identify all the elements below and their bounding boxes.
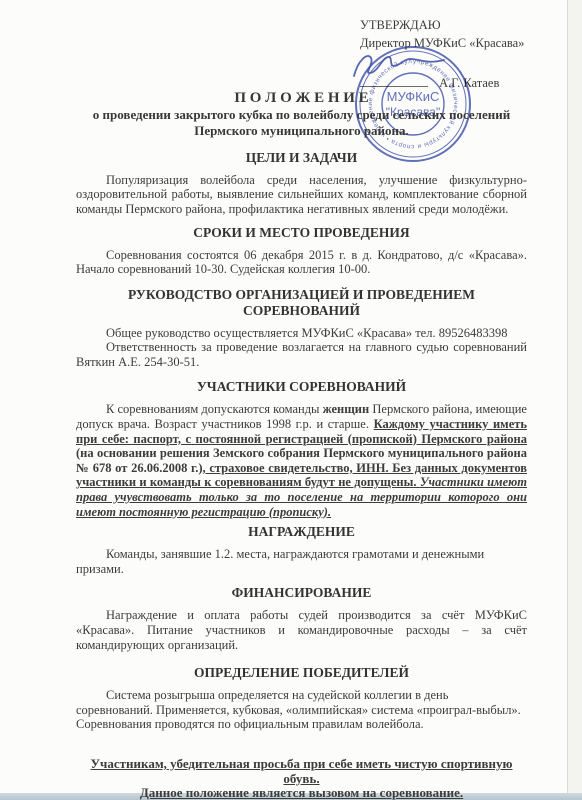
heading-management: РУКОВОДСТВО ОРГАНИЗАЦИЕЙ И ПРОВЕДЕНИЕМ С… xyxy=(76,287,527,319)
scan-edge-right xyxy=(567,0,582,800)
document-title: П О Л О Ж Е Н И Е xyxy=(76,90,527,107)
approval-block: УТВЕРЖДАЮ Директор МУФКиС «Красава» А.Г.… xyxy=(360,16,524,92)
dates-text: Соревнования состоятся 06 декабря 2015 г… xyxy=(76,248,527,277)
footer-line1: Участникам, убедительная просьба при себ… xyxy=(76,757,527,786)
heading-financing: ФИНАНСИРОВАНИЕ xyxy=(76,585,527,601)
heading-dates: СРОКИ И МЕСТО ПРОВЕДЕНИЯ xyxy=(76,225,527,241)
heading-participants: УЧАСТНИКИ СОРЕВНОВАНИЙ xyxy=(76,379,527,395)
participants-run: женщин xyxy=(323,402,370,416)
signatory-name: А.Г. Катаев xyxy=(439,76,499,90)
approval-word: УТВЕРЖДАЮ xyxy=(360,16,524,34)
document-body: П О Л О Ж Е Н И Е о проведении закрытого… xyxy=(76,90,527,800)
signature-line xyxy=(360,74,428,87)
management-line1: Общее руководство осуществляется МУФКиС … xyxy=(76,326,527,341)
approval-director: Директор МУФКиС «Красава» xyxy=(360,34,524,52)
goals-text: Популяризация волейбола среди населения,… xyxy=(76,173,527,217)
heading-winners: ОПРЕДЕЛЕНИЕ ПОБЕДИТЕЛЕЙ xyxy=(76,665,527,681)
footer-line2: Данное положение является вызовом на сор… xyxy=(76,786,527,800)
heading-awards: НАГРАЖДЕНИЕ xyxy=(76,524,527,540)
financing-text: Награждение и оплата работы судей произв… xyxy=(76,608,527,652)
winners-text: Система розыгрыша определяется на судейс… xyxy=(76,688,527,732)
awards-text: Команды, занявшие 1.2. места, награждают… xyxy=(76,547,527,576)
scanned-document-page: { "approval": { "line1": "УТВЕРЖДАЮ", "l… xyxy=(0,0,582,800)
management-line2: Ответственность за проведение возлагаетс… xyxy=(76,340,527,369)
document-subtitle-line2: Пермского муниципального района. xyxy=(76,123,527,139)
participants-text: К соревнованиям допускаются команды женщ… xyxy=(76,402,527,519)
document-subtitle-line1: о проведении закрытого кубка по волейбол… xyxy=(76,107,527,123)
footer-notice: Участникам, убедительная просьба при себ… xyxy=(76,757,527,800)
participants-run: К соревнованиям допускаются команды xyxy=(106,402,323,416)
heading-goals: ЦЕЛИ И ЗАДАЧИ xyxy=(76,150,527,166)
